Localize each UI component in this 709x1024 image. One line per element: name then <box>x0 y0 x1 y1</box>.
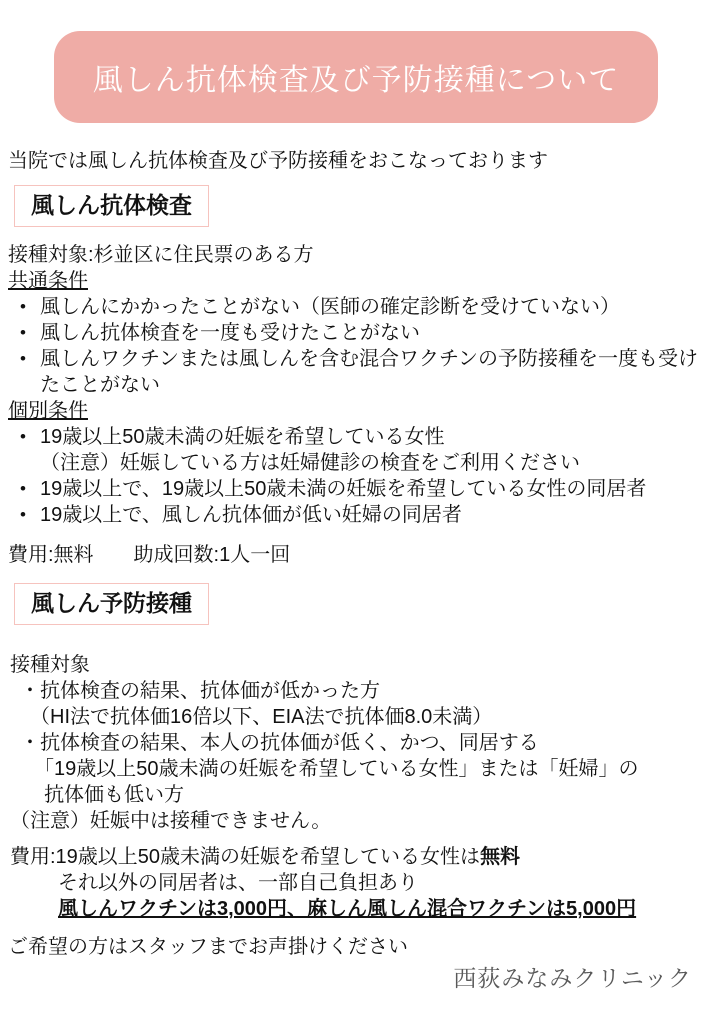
list-item: 風しんワクチンまたは風しんを含む混合ワクチンの予防接種を一度も受けたことがない <box>0 346 709 398</box>
section-heading-vaccination: 風しん予防接種 <box>14 583 209 625</box>
detail-line: ・抗体検査の結果、抗体価が低かった方 <box>0 678 709 704</box>
list-item: 19歳以上で、風しん抗体価が低い妊婦の同居者 <box>0 502 709 528</box>
page-title: 風しん抗体検査及び予防接種について <box>93 55 619 99</box>
list-item-note: （注意）妊娠している方は妊婦健診の検査をご利用ください <box>40 450 709 476</box>
detail-line: ・抗体検査の結果、本人の抗体価が低く、かつ、同居する <box>0 730 709 756</box>
detail-line: （注意）妊娠中は接種できません。 <box>0 808 709 834</box>
flyer-page: 風しん抗体検査及び予防接種について 当院では風しん抗体検査及び予防接種をおこなっ… <box>0 0 709 1024</box>
vaccine-fee-line1: 費用:19歳以上50歳未満の妊娠を希望している女性は無料 <box>10 844 709 870</box>
vaccine-fee-line2: それ以外の同居者は、一部自己負担あり <box>10 870 709 896</box>
list-item: 19歳以上50歳未満の妊娠を希望している女性 （注意）妊娠している方は妊婦健診の… <box>0 424 709 476</box>
individual-conditions-list: 19歳以上50歳未満の妊娠を希望している女性 （注意）妊娠している方は妊婦健診の… <box>0 424 709 528</box>
common-conditions-label: 共通条件 <box>8 268 709 294</box>
vaccine-target-details: ・抗体検査の結果、抗体価が低かった方 （HI法で抗体価16倍以下、EIA法で抗体… <box>0 678 709 834</box>
individual-conditions-label: 個別条件 <box>8 398 709 424</box>
vaccine-target-label: 接種対象 <box>10 652 709 678</box>
vaccine-fee-block: 費用:19歳以上50歳未満の妊娠を希望している女性は無料 それ以外の同居者は、一… <box>10 844 709 922</box>
test-target-text: 接種対象:杉並区に住民票のある方 <box>8 242 709 268</box>
title-banner: 風しん抗体検査及び予防接種について <box>54 31 658 123</box>
detail-line: 「19歳以上50歳未満の妊娠を希望している女性」または「妊婦」の <box>0 756 709 782</box>
section-heading-antibody-test: 風しん抗体検査 <box>14 185 209 227</box>
detail-line: 抗体価も低い方 <box>0 782 709 808</box>
test-fee-text: 費用:無料 助成回数:1人一回 <box>8 542 709 568</box>
common-conditions-list: 風しんにかかったことがない（医師の確定診断を受けていない） 風しん抗体検査を一度… <box>0 294 709 398</box>
clinic-name: 西荻みなみクリニック <box>453 960 692 993</box>
list-item-main: 19歳以上50歳未満の妊娠を希望している女性 <box>40 424 709 450</box>
list-item: 風しんにかかったことがない（医師の確定診断を受けていない） <box>0 294 709 320</box>
list-item: 風しん抗体検査を一度も受けたことがない <box>0 320 709 346</box>
vaccine-price-line: 風しんワクチンは3,000円、麻しん風しん混合ワクチンは5,000円 <box>10 896 709 922</box>
detail-line: （HI法で抗体価16倍以下、EIA法で抗体価8.0未満） <box>0 704 709 730</box>
vaccine-fee-prefix: 費用:19歳以上50歳未満の妊娠を希望している女性は <box>10 846 480 868</box>
list-item: 19歳以上で、19歳以上50歳未満の妊娠を希望している女性の同居者 <box>0 476 709 502</box>
vaccine-fee-free: 無料 <box>480 846 520 868</box>
footer-note: ご希望の方はスタッフまでお声掛けください <box>8 934 709 960</box>
intro-text: 当院では風しん抗体検査及び予防接種をおこなっております <box>8 148 709 174</box>
